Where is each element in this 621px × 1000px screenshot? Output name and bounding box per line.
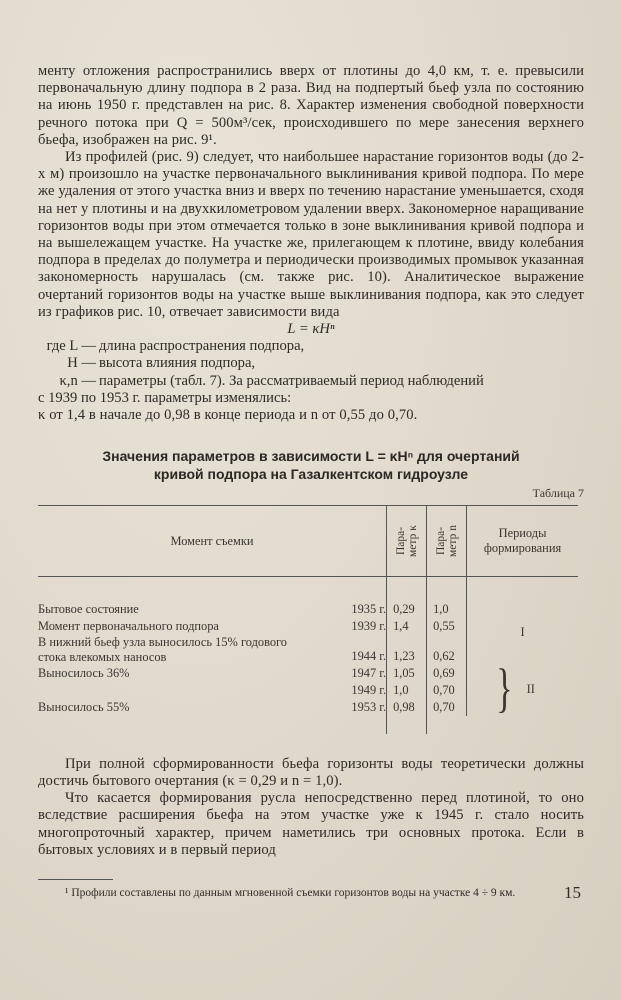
page-number: 15 bbox=[564, 883, 581, 903]
definition-H: H — высота влияния подпора, bbox=[38, 355, 584, 372]
definition-continuation-2: κ от 1,4 в начале до 0,98 в конце период… bbox=[38, 407, 584, 424]
period-II: }II bbox=[467, 665, 578, 716]
header-moment: Момент съемки bbox=[38, 506, 387, 577]
header-param-n: Пара- метр n bbox=[427, 506, 467, 577]
header-periods: Периоды формирования bbox=[467, 506, 578, 577]
paragraph-1: менту отложения распространились вверх о… bbox=[38, 63, 584, 149]
page-body: менту отложения распространились вверх о… bbox=[38, 63, 584, 900]
table-row: Бытовое состояние 1935 г. 0,29 1,0 I bbox=[38, 601, 578, 618]
footnote: ¹ Профили составлены по данным мгновенно… bbox=[38, 886, 584, 900]
parameters-table: Момент съемки Пара- метр κ Пара- метр n … bbox=[38, 505, 578, 734]
table-header-row: Момент съемки Пара- метр κ Пара- метр n … bbox=[38, 506, 578, 577]
header-param-k: Пара- метр κ bbox=[387, 506, 427, 577]
definitions-list: где L — длина распространения подпора, H… bbox=[38, 338, 584, 424]
footnote-separator bbox=[38, 879, 113, 880]
table-title: Значения параметров в зависимости L = κH… bbox=[38, 448, 584, 483]
table-row: Выносилось 36% 1947 г. 1,05 0,69 }II bbox=[38, 665, 578, 682]
definition-L: где L — длина распространения подпора, bbox=[38, 338, 584, 355]
definition-continuation-1: с 1939 по 1953 г. параметры изменялись: bbox=[38, 390, 584, 407]
paragraph-2: Из профилей (рис. 9) следует, что наибол… bbox=[38, 149, 584, 321]
formula: L = κHⁿ bbox=[38, 321, 584, 338]
period-I: I bbox=[467, 601, 578, 665]
paragraph-4: Что касается формирования русла непосред… bbox=[38, 790, 584, 859]
paragraph-3: При полной сформированности бьефа горизо… bbox=[38, 756, 584, 790]
table-number: Таблица 7 bbox=[38, 486, 584, 501]
definition-k-n: κ,n — параметры (табл. 7). За рассматрив… bbox=[38, 373, 584, 390]
brace-glyph: } bbox=[496, 666, 512, 714]
